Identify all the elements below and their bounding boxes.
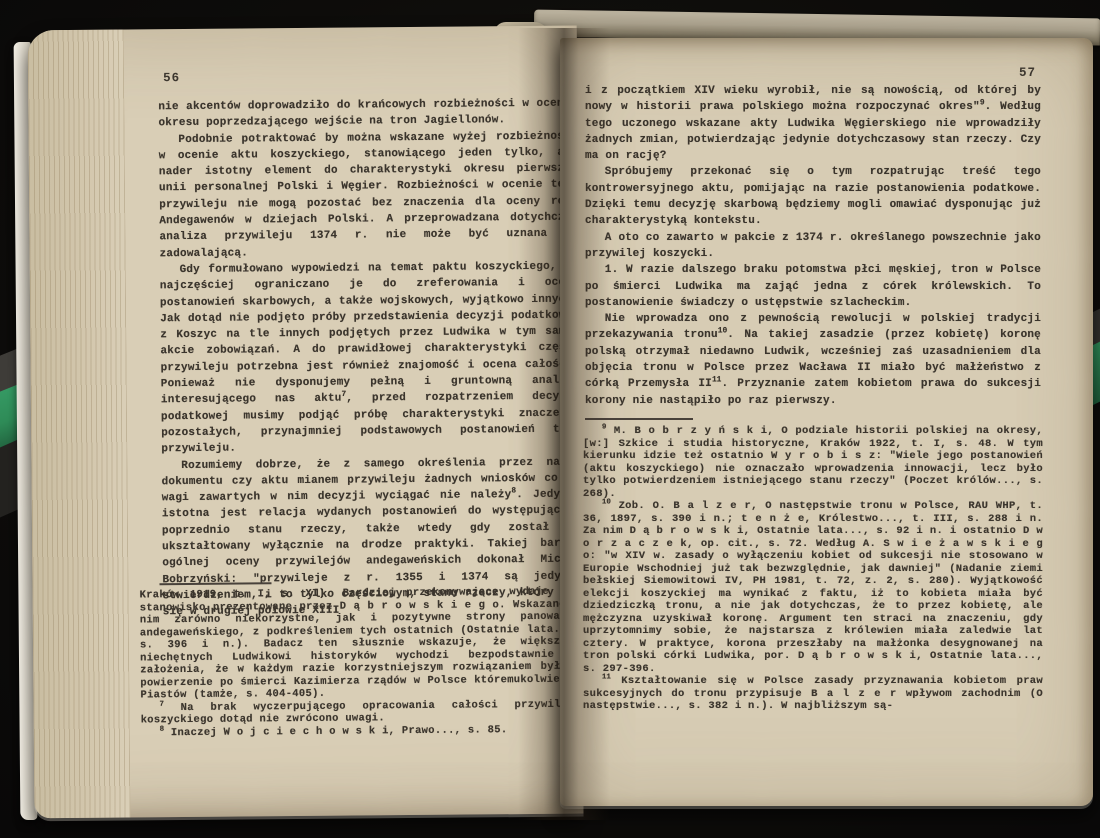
left-page: 56 nie akcentów doprowadziło do krańcowy… bbox=[28, 26, 584, 819]
right-page-body: i z początkiem XIV wieku wyrobił, nie są… bbox=[585, 83, 1041, 409]
page-number-right: 57 bbox=[1019, 66, 1036, 80]
footnote: 10 Zob. O. B a l z e r, O następstwie tr… bbox=[583, 500, 1043, 675]
cover-dark-wedge-left bbox=[0, 439, 20, 520]
right-page: 57 i z początkiem XIV wieku wyrobił, nie… bbox=[560, 38, 1093, 806]
left-page-footnotes: Kraków 1919, t. I, s. XI). Bardziej prze… bbox=[140, 586, 581, 740]
book-scan-photo: 56 nie akcentów doprowadziło do krańcowy… bbox=[0, 0, 1100, 838]
footnote: Kraków 1919, t. I, s. XI). Bardziej prze… bbox=[140, 586, 581, 702]
page-edge-stack bbox=[28, 30, 131, 819]
paragraph: Podobnie potraktować by można wskazane w… bbox=[159, 128, 579, 262]
paragraph: Nie wprowadza ono z pewnością rewolucji … bbox=[585, 311, 1041, 409]
left-page-body: nie akcentów doprowadziło do krańcowych … bbox=[158, 96, 582, 621]
footnote-separator-right bbox=[585, 418, 693, 420]
footnote: 11 Kształtowanie się w Polsce zasady prz… bbox=[583, 675, 1043, 713]
footnote: 7 Na brak wyczerpującego opracowania cał… bbox=[141, 698, 581, 727]
paragraph: A oto co zawarto w pakcie z 1374 r. okre… bbox=[585, 230, 1041, 263]
paragraph: i z początkiem XIV wieku wyrobił, nie są… bbox=[585, 83, 1041, 164]
paragraph: Spróbujemy przekonać się o tym rozpatruj… bbox=[585, 164, 1041, 229]
paragraph: 1. W razie dalszego braku potomstwa płci… bbox=[585, 262, 1041, 311]
cover-gray-strip-left bbox=[0, 347, 22, 400]
right-page-footnotes: 9 M. B o b r z y ń s k i, O podziale his… bbox=[583, 425, 1043, 713]
paragraph: Gdy formułowano wypowiedzi na temat pakt… bbox=[160, 259, 581, 458]
cover-green-strip-left bbox=[0, 383, 22, 452]
page-number-left: 56 bbox=[163, 71, 180, 85]
paragraph: nie akcentów doprowadziło do krańcowych … bbox=[158, 96, 577, 132]
footnote: 9 M. B o b r z y ń s k i, O podziale his… bbox=[583, 425, 1043, 500]
